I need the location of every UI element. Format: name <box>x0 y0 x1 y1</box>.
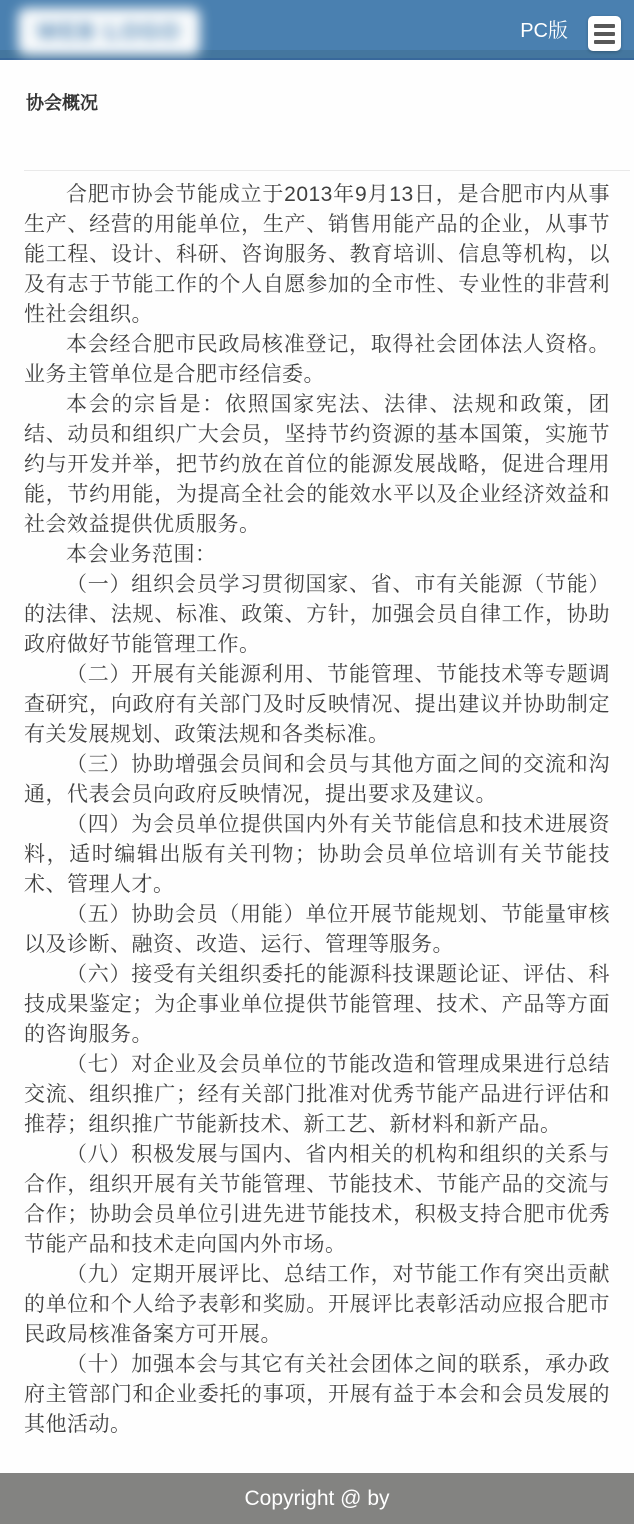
hamburger-icon <box>594 40 615 44</box>
paragraph: （二）开展有关能源利用、节能管理、节能技术等专题调查研究，向政府有关部门及时反映… <box>24 660 610 750</box>
site-footer: Copyright @ by <box>0 1473 634 1524</box>
site-header: WEB LOGO PC版 <box>0 0 634 60</box>
paragraph: （八）积极发展与国内、省内相关的机构和组织的关系与合作，组织开展有关节能管理、节… <box>24 1140 610 1260</box>
paragraph: （六）接受有关组织委托的能源科技课题论证、评估、科技成果鉴定；为企事业单位提供节… <box>24 960 610 1050</box>
paragraph: 本会经合肥市民政局核准登记，取得社会团体法人资格。业务主管单位是合肥市经信委。 <box>24 330 610 390</box>
pc-version-link[interactable]: PC版 <box>520 19 568 43</box>
paragraph: 合肥市协会节能成立于2013年9月13日，是合肥市内从事生产、经营的用能单位，生… <box>24 180 610 330</box>
paragraph: （五）协助会员（用能）单位开展节能规划、节能量审核以及诊断、融资、改造、运行、管… <box>24 900 610 960</box>
paragraph: （九）定期开展评比、总结工作，对节能工作有突出贡献的单位和个人给予表彰和奖励。开… <box>24 1260 610 1350</box>
paragraph: 本会的宗旨是：依照国家宪法、法律、法规和政策，团结、动员和组织广大会员，坚持节约… <box>24 390 610 540</box>
paragraph: （四）为会员单位提供国内外有关节能信息和技术进展资料，适时编辑出版有关刊物；协助… <box>24 810 610 900</box>
paragraph: （三）协助增强会员间和会员与其他方面之间的交流和沟通，代表会员向政府反映情况，提… <box>24 750 610 810</box>
paragraph: 本会业务范围： <box>24 540 610 570</box>
mobile-page: WEB LOGO PC版 协会概况 合肥市协会节能成立于2013年9月13日，是… <box>0 0 634 1524</box>
copyright-text: Copyright @ by <box>244 1487 389 1511</box>
hamburger-icon <box>594 32 615 36</box>
article-body: 合肥市协会节能成立于2013年9月13日，是合肥市内从事生产、经营的用能单位，生… <box>24 180 610 1440</box>
menu-button[interactable] <box>588 16 621 51</box>
main-content: 协会概况 合肥市协会节能成立于2013年9月13日，是合肥市内从事生产、经营的用… <box>0 60 634 1473</box>
site-logo[interactable]: WEB LOGO <box>18 8 200 55</box>
divider <box>24 170 630 171</box>
hamburger-icon <box>594 24 615 28</box>
page-title: 协会概况 <box>26 92 610 114</box>
paragraph: （十）加强本会与其它有关社会团体之间的联系，承办政府主管部门和企业委托的事项，开… <box>24 1350 610 1440</box>
paragraph: （七）对企业及会员单位的节能改造和管理成果进行总结交流、组织推广；经有关部门批准… <box>24 1050 610 1140</box>
paragraph: （一）组织会员学习贯彻国家、省、市有关能源（节能）的法律、法规、标准、政策、方针… <box>24 570 610 660</box>
